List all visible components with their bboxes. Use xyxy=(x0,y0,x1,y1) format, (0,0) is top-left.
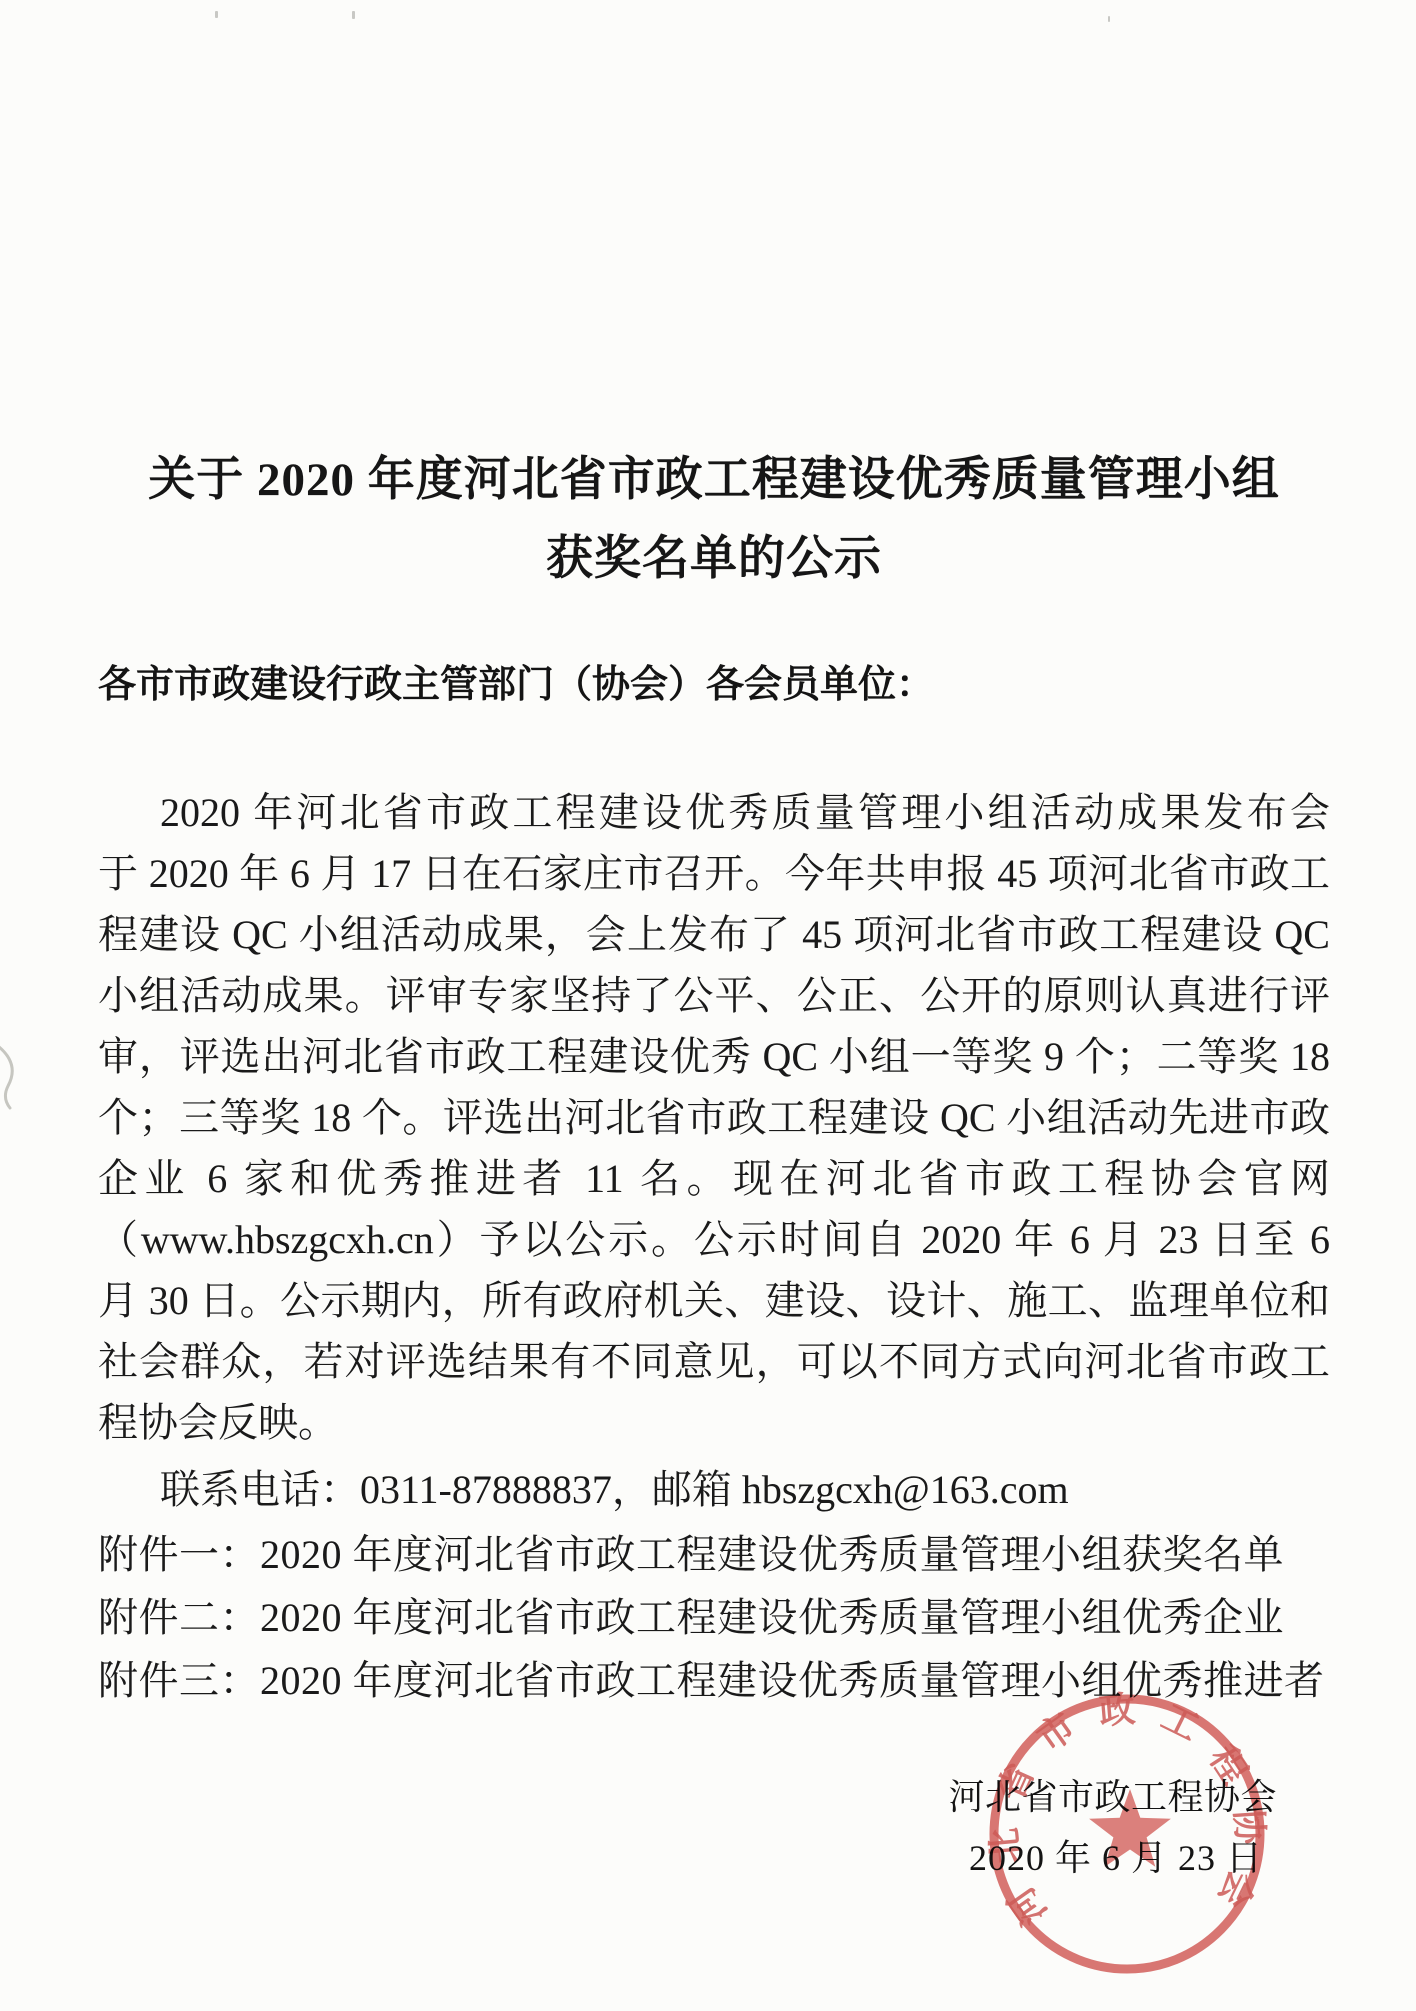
scan-speck xyxy=(1108,16,1110,22)
scan-speck xyxy=(352,11,355,19)
body-line: 小组活动成果。评审专家坚持了公平、公正、公开的原则认真进行评 xyxy=(98,965,1330,1026)
scan-artifact xyxy=(0,1042,28,1112)
body-line: 企业 6 家和优秀推进者 11 名。现在河北省市政工程协会官网 xyxy=(98,1148,1330,1209)
stamp-star-icon xyxy=(1089,1789,1171,1867)
body-line: 于 2020 年 6 月 17 日在石家庄市召开。今年共申报 45 项河北省市政… xyxy=(98,843,1330,904)
body-line: （www.hbszgcxh.cn）予以公示。公示时间自 2020 年 6 月 2… xyxy=(98,1209,1330,1270)
body-line: 程协会反映。 xyxy=(98,1392,1330,1453)
document-title-line-1: 关于 2020 年度河北省市政工程建设优秀质量管理小组 xyxy=(98,441,1330,520)
body-line: 审，评选出河北省市政工程建设优秀 QC 小组一等奖 9 个；二等奖 18 xyxy=(98,1026,1330,1087)
body-line: 月 30 日。公示期内，所有政府机关、建设、设计、施工、监理单位和 xyxy=(98,1270,1330,1331)
document-title-line-2: 获奖名单的公示 xyxy=(98,520,1330,599)
attachment-item-1: 附件一：2020 年度河北省市政工程建设优秀质量管理小组获奖名单 xyxy=(98,1523,1388,1586)
contact-line: 联系电话：0311-87888837，邮箱 hbszgcxh@163.com xyxy=(98,1461,1330,1519)
document-title: 关于 2020 年度河北省市政工程建设优秀质量管理小组 获奖名单的公示 xyxy=(98,441,1330,599)
scan-speck xyxy=(215,11,218,18)
body-line: 程建设 QC 小组活动成果，会上发布了 45 项河北省市政工程建设 QC xyxy=(98,904,1330,965)
body-line: 个；三等奖 18 个。评选出河北省市政工程建设 QC 小组活动先进市政 xyxy=(98,1087,1330,1148)
body-paragraph: 2020 年河北省市政工程建设优秀质量管理小组活动成果发布会 于 2020 年 … xyxy=(98,782,1330,1453)
official-seal-stamp: 河北省市政工程协会 xyxy=(967,1674,1287,1994)
body-line: 2020 年河北省市政工程建设优秀质量管理小组活动成果发布会 xyxy=(98,782,1330,843)
document-page: 关于 2020 年度河北省市政工程建设优秀质量管理小组 获奖名单的公示 各市市政… xyxy=(0,0,1416,2011)
attachment-item-2: 附件二：2020 年度河北省市政工程建设优秀质量管理小组优秀企业 xyxy=(98,1586,1388,1649)
body-line: 社会群众，若对评选结果有不同意见，可以不同方式向河北省市政工 xyxy=(98,1331,1330,1392)
salutation: 各市市政建设行政主管部门（协会）各会员单位： xyxy=(98,662,1330,708)
